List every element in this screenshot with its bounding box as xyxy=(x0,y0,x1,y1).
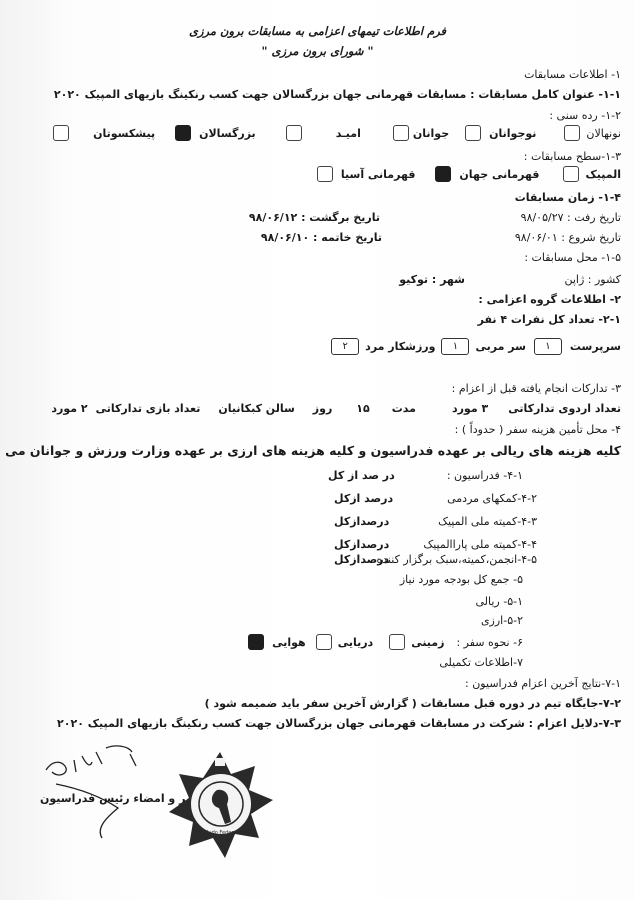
section4-heading: ۴- محل تأمین هزینه سفر ( حدوداً ) : xyxy=(455,423,621,436)
budget-currency: ۵-۲-ارزی xyxy=(481,614,523,627)
funding-item-label: ۴-۳-کمیته ملی المپیک xyxy=(438,515,537,528)
last-results: ۷-۱-نتایج آخرین اعزام فدراسیون : xyxy=(465,677,621,690)
federation-stamp-icon: I.R.I Judo Federation xyxy=(165,750,275,860)
role-label: ورزشکار مرد xyxy=(365,340,435,353)
stamp-text: I.R.I Judo Federation xyxy=(196,830,246,836)
funding-item-label: ۴-۲-کمکهای مردمی xyxy=(447,492,537,505)
supervisor-count-field[interactable]: ۱ xyxy=(534,338,562,355)
total-members: ۲-۱- تعداد کل نفرات ۴ نفر xyxy=(478,313,621,326)
level-options: المپیک قهرمانی جهان قهرمانی آسیا xyxy=(317,166,621,182)
funding-item-percent: درصدازکل xyxy=(334,515,389,528)
age-checkbox-omid[interactable] xyxy=(286,125,302,141)
head-coach-count-field[interactable]: ۱ xyxy=(441,338,469,355)
end-date: تاریخ خاتمه : ۹۸/۰۶/۱۰ xyxy=(261,231,382,244)
games-label: تعداد بازی تدارکاتی xyxy=(96,402,201,415)
funding-item-percent: در صد از کل xyxy=(328,469,395,482)
section3-heading: ۳- تدارکات انجام یافته قبل از اعزام : xyxy=(452,382,621,395)
competition-full-title: ۱-۱- عنوان کامل مسابقات : مسابقات قهرمان… xyxy=(54,88,621,101)
form-page: فرم اطلاعات تیمهای اعزامی به مسابقات برو… xyxy=(0,0,635,900)
age-option-label: بزرگسالان xyxy=(199,127,256,140)
age-option-label: پیشکسوتان xyxy=(93,127,155,140)
team-rank: ۷-۲-جایگاه تیم در دوره قبل مسابقات ( گزا… xyxy=(205,697,621,710)
section5-heading: ۵- جمع کل بودجه مورد نیاز xyxy=(400,573,523,586)
funding-item-percent: درصدازکل xyxy=(334,553,389,566)
travel-option-label: هوایی xyxy=(272,636,306,649)
role-label: سرپرست xyxy=(570,340,621,353)
camps-value: ۳ مورد xyxy=(452,402,488,415)
funding-statement: کلیه هزینه های ریالی بر عهده فدراسیون و … xyxy=(0,443,621,458)
travel-option-label: دریایی xyxy=(338,636,374,649)
funding-item-percent: درصدازکل xyxy=(334,538,389,551)
funding-item-label: ۴-۴-کمیته ملی پاراالمپیک xyxy=(423,538,537,551)
city-value: شهر : توکیو xyxy=(399,273,465,286)
level-checkbox-world[interactable] xyxy=(435,166,451,182)
form-title: فرم اطلاعات تیمهای اعزامی به مسابقات برو… xyxy=(0,24,635,38)
male-athlete-count-field[interactable]: ۲ xyxy=(331,338,359,355)
dispatch-reasons: ۷-۳-دلایل اعزام : شرکت در مسابقات قهرمان… xyxy=(57,717,621,730)
age-checkbox-nojavanan[interactable] xyxy=(465,125,481,141)
level-option-label: قهرمانی آسیا xyxy=(341,168,416,181)
level-option-label: المپیک xyxy=(585,168,621,181)
age-option-label: نوجوانان xyxy=(489,127,536,140)
travel-mode-label: ۶- نحوه سفر : xyxy=(456,636,523,649)
level-checkbox-olympic[interactable] xyxy=(563,166,579,182)
travel-mode-row: ۶- نحوه سفر : زمینی دریایی هوایی xyxy=(248,634,523,650)
funding-item-label: ۴-۱- فدراسیون : xyxy=(447,469,523,482)
funding-item-label: ۴-۵-انجمن،کمیته،سبک برگزار کننده xyxy=(376,553,537,566)
duration-unit: روز xyxy=(313,402,333,415)
time-label: ۱-۴- زمان مسابقات xyxy=(515,191,621,204)
travel-checkbox-air[interactable] xyxy=(248,634,264,650)
travel-option-label: زمینی xyxy=(411,636,444,649)
level-checkbox-asia[interactable] xyxy=(317,166,333,182)
location-label: ۱-۵- محل مسابقات : xyxy=(524,251,621,264)
section2-heading: ۲- اطلاعات گروه اعزامی : xyxy=(478,293,621,306)
age-checkbox-javanan[interactable] xyxy=(393,125,409,141)
age-option-label: جوانان xyxy=(413,127,449,140)
return-date: تاریخ برگشت : ۹۸/۰۶/۱۲ xyxy=(249,211,380,224)
duration-label: مدت xyxy=(392,402,416,415)
duration-value: ۱۵ xyxy=(356,402,369,415)
budget-rial: ۵-۱- ریالی xyxy=(475,595,523,608)
age-checkbox-pishkesvatan[interactable] xyxy=(53,125,69,141)
section1-heading: ۱- اطلاعات مسابقات xyxy=(524,68,621,81)
games-value: ۲ مورد xyxy=(51,402,87,415)
age-group-options: نونهالان نوجوانان جوانان امیـد بزرگسالان… xyxy=(53,125,621,141)
venue-value: سالن کبکانیان xyxy=(218,402,294,415)
level-option-label: قهرمانی جهان xyxy=(459,168,539,181)
age-group-label: ۱-۲- رده سنی : xyxy=(549,109,621,122)
age-checkbox-nonahalan[interactable] xyxy=(564,125,580,141)
country-value: کشور : ژاپن xyxy=(564,273,621,286)
funding-item-percent: درصد ازکل xyxy=(334,492,393,505)
travel-checkbox-sea[interactable] xyxy=(316,634,332,650)
departure-date: تاریخ رفت : ۹۸/۰۵/۲۷ xyxy=(521,211,621,224)
role-counts: سرپرست ۱ سر مربی ۱ ورزشکار مرد ۲ xyxy=(331,338,621,355)
age-checkbox-bozorgsalan[interactable] xyxy=(175,125,191,141)
start-date: تاریخ شروع : ۹۸/۰۶/۰۱ xyxy=(515,231,621,244)
camps-label: تعداد اردوی تدارکاتی xyxy=(508,402,621,415)
age-option-label: نونهالان xyxy=(586,127,621,140)
preparation-row: تعداد اردوی تدارکاتی ۳ مورد مدت ۱۵ روز س… xyxy=(51,402,621,415)
level-label: ۱-۳-سطح مسابقات : xyxy=(524,150,621,163)
section7-heading: ۷-اطلاعات تکمیلی xyxy=(439,656,523,669)
role-label: سر مربی xyxy=(475,340,525,353)
age-option-label: امیـد xyxy=(336,127,361,140)
travel-checkbox-land[interactable] xyxy=(389,634,405,650)
form-subtitle: " شورای برون مرزی " xyxy=(0,44,635,58)
